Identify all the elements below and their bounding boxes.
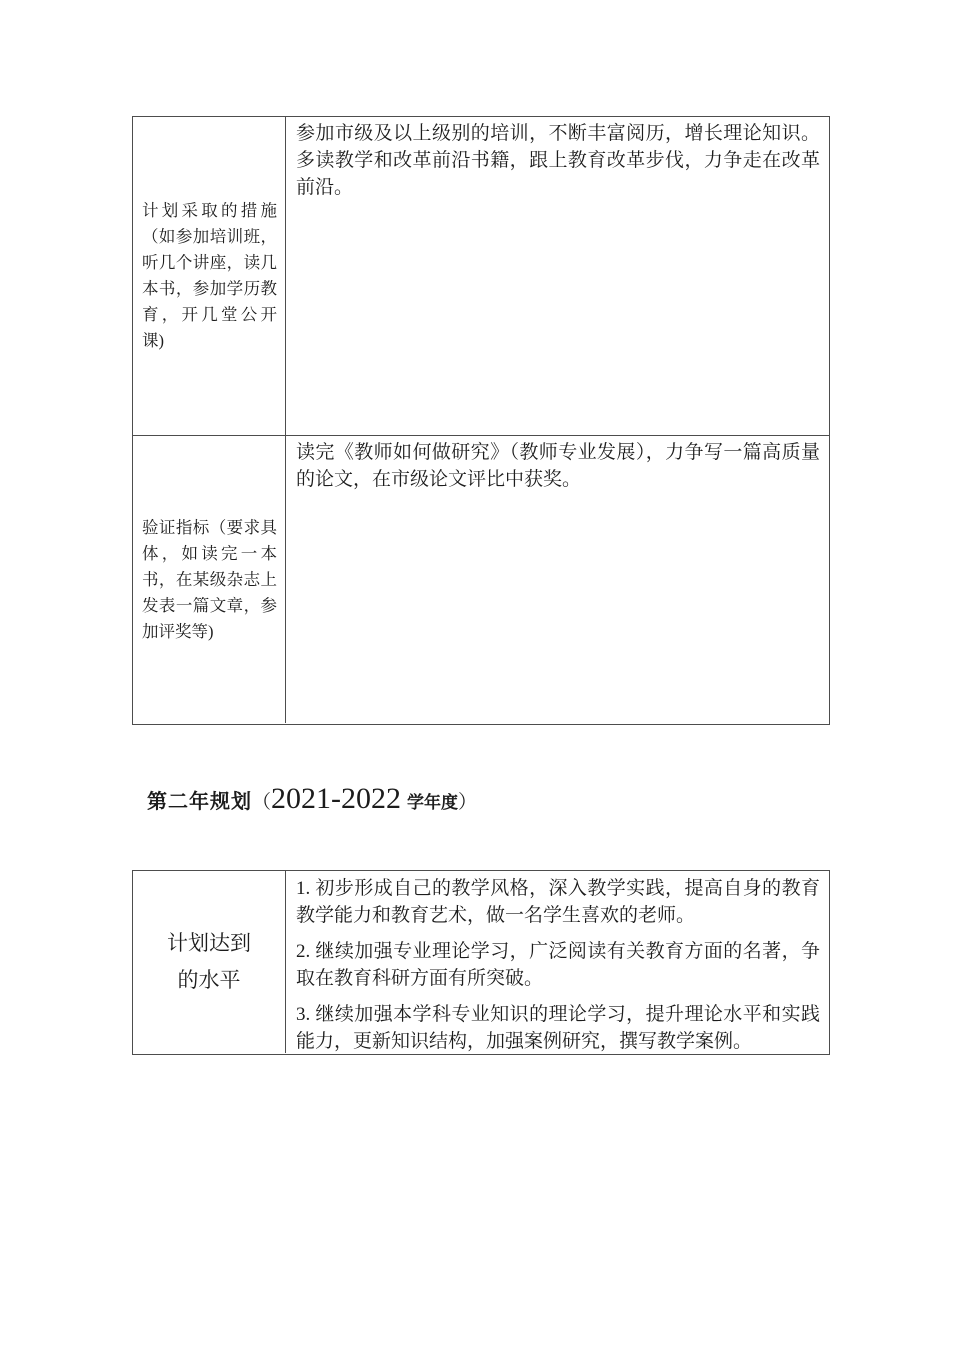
heading-title: 第二年规划 — [147, 791, 252, 813]
planned-level-label-cell: 计划达到 的水平 — [133, 871, 285, 1053]
table-row: 验证指标（要求具体，如读完一本书，在某级杂志上发表一篇文章，参加评奖等) 读完《… — [133, 435, 829, 723]
planned-level-item: 1. 初步形成自己的教学风格，深入教学实践，提高自身的教育教学能力和教育艺术，做… — [296, 875, 820, 929]
verification-content-cell: 读完《教师如何做研究》（教师专业发展），力争写一篇高质量的论文，在市级论文评比中… — [285, 436, 829, 723]
planned-level-label-line1: 计划达到 — [167, 925, 251, 962]
measures-label-cell: 计划采取的措施（如参加培训班，听几个讲座，读几本书，参加学历教育，开几堂公开课) — [133, 117, 285, 435]
planned-level-table: 计划达到 的水平 1. 初步形成自己的教学风格，深入教学实践，提高自身的教育教学… — [132, 870, 830, 1055]
planned-level-item: 3. 继续加强本学科专业知识的理论学习，提升理论水平和实践能力，更新知识结构，加… — [296, 1001, 820, 1053]
heading-year-range: 2021-2022 — [271, 782, 401, 815]
planned-level-content-cell: 1. 初步形成自己的教学风格，深入教学实践，提高自身的教育教学能力和教育艺术，做… — [285, 871, 829, 1053]
planned-level-item: 2. 继续加强专业理论学习，广泛阅读有关教育方面的名著，争取在教育科研方面有所突… — [296, 938, 820, 992]
heading-close-paren: ） — [458, 792, 477, 813]
document-page: 计划采取的措施（如参加培训班，听几个讲座，读几本书，参加学历教育，开几堂公开课)… — [0, 0, 960, 1357]
verification-label-cell: 验证指标（要求具体，如读完一本书，在某级杂志上发表一篇文章，参加评奖等) — [133, 436, 285, 723]
measures-content-cell: 参加市级及以上级别的培训，不断丰富阅历，增长理论知识。多读教学和改革前沿书籍，跟… — [285, 117, 829, 435]
heading-suffix: 学年度 — [407, 793, 458, 812]
plan-measures-table: 计划采取的措施（如参加培训班，听几个讲座，读几本书，参加学历教育，开几堂公开课)… — [132, 116, 830, 725]
table-row: 计划达到 的水平 1. 初步形成自己的教学风格，深入教学实践，提高自身的教育教学… — [133, 871, 829, 1053]
table-row: 计划采取的措施（如参加培训班，听几个讲座，读几本书，参加学历教育，开几堂公开课)… — [133, 117, 829, 435]
second-year-plan-heading: 第二年规划（2021-2022学年度） — [147, 782, 477, 816]
heading-open-paren: （ — [252, 792, 271, 813]
verification-label: 验证指标（要求具体，如读完一本书，在某级杂志上发表一篇文章，参加评奖等) — [142, 515, 277, 645]
measures-label: 计划采取的措施（如参加培训班，听几个讲座，读几本书，参加学历教育，开几堂公开课) — [142, 198, 277, 354]
planned-level-label-line2: 的水平 — [178, 962, 241, 999]
